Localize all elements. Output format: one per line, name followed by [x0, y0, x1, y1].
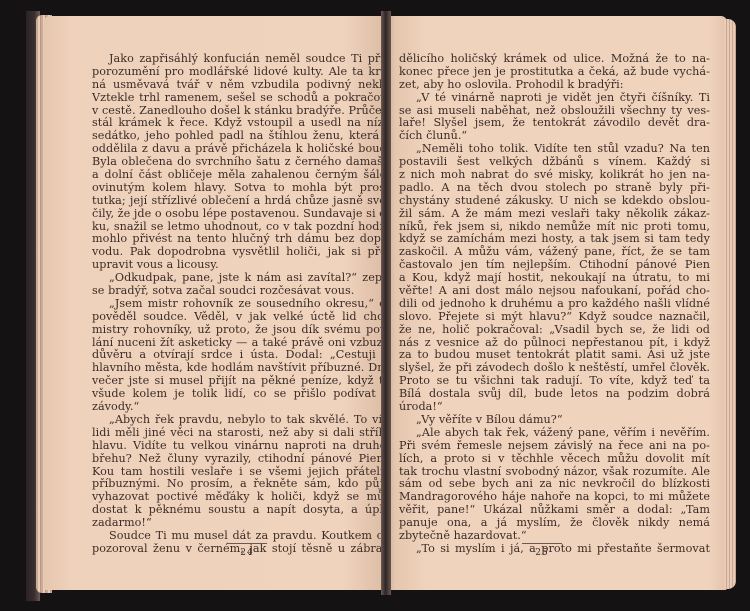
page-number-left: 24	[227, 548, 267, 558]
left-page-text: Jako zapřisáhlý konfucián neměl soudce T…	[92, 53, 397, 556]
text-line: padlo. A na těch dvou stolech po straně …	[399, 182, 710, 195]
right-page-text: dělicího holičský krámek od ulice. Možná…	[399, 53, 710, 556]
text-line: úroda!“	[399, 401, 710, 414]
text-line: věřte! A ani dost málo nejsou nafoukaní,…	[399, 285, 710, 298]
text-line: mistry rohovníky, už proto, že jsou dík …	[92, 324, 397, 337]
text-line: dili od jednoho k druhému a pro každého …	[399, 298, 710, 311]
text-line: břehu? Než čluny vyrazily, ctihodní páno…	[92, 453, 397, 466]
left-page: Jako zapřisáhlý konfucián neměl soudce T…	[44, 16, 385, 590]
text-line: Bílá dostala svůj díl, bude letos na pod…	[399, 388, 710, 401]
text-line: „V té vinárně naproti je vidět jen čtyři…	[399, 92, 710, 105]
text-line: že ne, holič pokračoval: „Vsadil bych se…	[399, 324, 710, 337]
text-line: konec přece jen je prostitutka a čeká, a…	[399, 66, 710, 79]
text-line: ná usměvavá tvář v něm vzbudila podivný …	[92, 79, 397, 92]
text-line: „Abych řek pravdu, nebylo to tak skvělé.…	[92, 414, 397, 427]
page-number-right: 25	[522, 548, 562, 558]
text-line: Vztekle trhl ramenem, sešel se schodů a …	[92, 92, 397, 105]
text-line: „Vy věříte v Bílou dámu?“	[399, 414, 710, 427]
text-line: lích, a proto si v těchhle věcech můžu d…	[399, 453, 710, 466]
page-stack-edge-right	[724, 19, 736, 589]
text-line: „Ale abych tak řek, vážený pane, věřím i…	[399, 427, 710, 440]
text-line: a dolní část obličeje měla zahalenou čer…	[92, 169, 397, 182]
text-line: porozumění pro modlářské lidové kulty. A…	[92, 66, 397, 79]
text-line: závody.“	[92, 401, 397, 414]
text-line: z nich moh nabrat do své misky, kolikrát…	[399, 169, 710, 182]
text-line: Soudce Ti mu musel dát za pravdu. Koutke…	[92, 530, 397, 543]
text-line: chystány studené zákusky. U nich se kdek…	[399, 195, 710, 208]
text-line: ovinutým kolem hlavy. Sotva to mohla být…	[92, 182, 397, 195]
text-line: lidi měli jiné věci na starosti, než aby…	[92, 427, 397, 440]
book-gutter	[381, 11, 391, 595]
right-page: dělicího holičský krámek od ulice. Možná…	[385, 16, 727, 590]
text-line: slovo. Přejete si mýt hlavu?“ Když soudc…	[399, 311, 710, 324]
text-line: Jako zapřisáhlý konfucián neměl soudce T…	[92, 53, 397, 66]
text-line: zet, aby ho oslovila. Prohodil k bradýři…	[399, 79, 710, 92]
text-line: tutka; její střízlivé oblečení a hrdá ch…	[92, 195, 397, 208]
text-line: se bradýř, sotva začal soudci rozčesávat…	[92, 285, 397, 298]
text-line: zbytečně hazardovat.“	[399, 530, 710, 543]
text-line: čily, že jde o osobu lépe postavenou. Su…	[92, 208, 397, 221]
text-line: Při svém řemesle nejsem závislý na řece …	[399, 440, 710, 453]
text-line: pověděl soudce. Věděl, v jak velké úctě …	[92, 311, 397, 324]
text-line: dělicího holičský krámek od ulice. Možná…	[399, 53, 710, 66]
open-book: Jako zapřisáhlý konfucián neměl soudce T…	[26, 11, 746, 601]
text-line: žil sám. A že mám mezi veslaři taky něko…	[399, 208, 710, 221]
text-line: hlavu. Vidíte tu velkou vinárnu naproti …	[92, 440, 397, 453]
text-line: „Jsem mistr rohovník ze sousedního okres…	[92, 298, 397, 311]
